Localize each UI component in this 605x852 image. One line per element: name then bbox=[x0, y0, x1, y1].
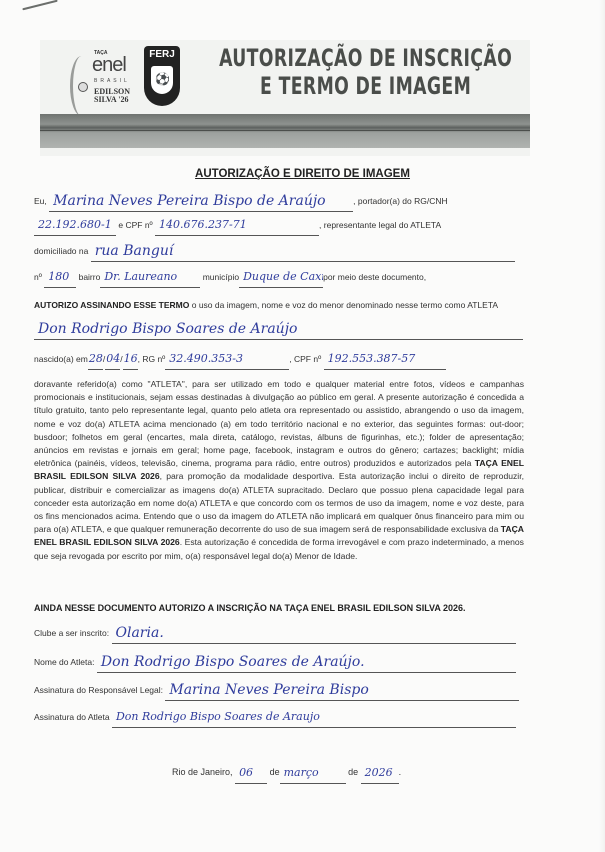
terms-text-1: doravante referido(a) como "ATLETA", par… bbox=[34, 379, 524, 468]
por-meio-label: por meio deste documento, bbox=[323, 272, 426, 282]
athlete-name-row: Don Rodrigo Bispo Soares de Araújo bbox=[34, 318, 524, 340]
athlete-cpf-field[interactable]: 192.553.387-57 bbox=[324, 349, 446, 370]
taca-enel-logo: TAÇA enel BRASIL EDILSON SILVA '26 bbox=[68, 44, 138, 124]
representante-label: , representante legal do ATLETA bbox=[319, 220, 441, 230]
scan-edge bbox=[599, 0, 605, 852]
resp-sig-row: Assinatura do Responsável Legal: Marina … bbox=[34, 679, 524, 701]
numero-label: nº bbox=[34, 272, 42, 282]
locality-row: nº 180 bairroDr. Laureano municípioDuque… bbox=[34, 266, 524, 288]
cpf-label: e CPF nº bbox=[118, 220, 152, 230]
nome-atleta-row: Nome do Atleta: Don Rodrigo Bispo Soares… bbox=[34, 651, 524, 673]
number-field[interactable]: 180 bbox=[44, 267, 76, 288]
street-field[interactable]: rua Banguí bbox=[91, 241, 515, 262]
municipio-label: município bbox=[203, 272, 239, 282]
date-de-1: de bbox=[270, 767, 280, 777]
header-band bbox=[40, 114, 530, 148]
inscricao-heading: AINDA NESSE DOCUMENTO AUTORIZO A INSCRIÇ… bbox=[34, 603, 466, 613]
birth-day-field[interactable]: 28 bbox=[88, 349, 103, 370]
athlete-rg-field[interactable]: 32.490.353-3 bbox=[165, 349, 289, 370]
autorizo-bold-text: AUTORIZO ASSINANDO ESSE TERMO bbox=[34, 300, 189, 310]
date-day-field[interactable]: 06 bbox=[235, 763, 267, 784]
athlete-name-field[interactable]: Don Rodrigo Bispo Soares de Araújo bbox=[34, 319, 523, 340]
portador-label: , portador(a) do RG/CNH bbox=[353, 196, 447, 206]
title-line-1: AUTORIZAÇÃO DE INSCRIÇÃO bbox=[200, 44, 531, 72]
clube-label: Clube a ser inscrito: bbox=[34, 628, 109, 638]
nome-atleta-label: Nome do Atleta: bbox=[34, 657, 94, 667]
guardian-name-row: Eu, Marina Neves Pereira Bispo de Araújo… bbox=[34, 190, 524, 212]
logo-edilson-text: EDILSON SILVA '26 bbox=[94, 88, 130, 104]
ferj-text: FERJ bbox=[144, 49, 180, 60]
autorizo-row: AUTORIZO ASSINANDO ESSE TERMO o uso da i… bbox=[34, 294, 524, 316]
eu-label: Eu, bbox=[34, 196, 47, 206]
address-row: domiciliado na rua Banguí bbox=[34, 240, 524, 262]
rg-label: , RG nº bbox=[138, 354, 166, 364]
guardian-name-field[interactable]: Marina Neves Pereira Bispo de Araújo bbox=[49, 191, 353, 212]
atleta-sig-label: Assinatura do Atleta bbox=[34, 712, 110, 722]
atleta-sig-row: Assinatura do Atleta Don Rodrigo Bispo S… bbox=[34, 706, 524, 728]
clube-field[interactable]: Olaria. bbox=[112, 623, 516, 644]
cpf2-label: , CPF nº bbox=[289, 354, 321, 364]
logo-silva: SILVA '26 bbox=[94, 95, 128, 104]
city-field[interactable]: Duque de Caxias bbox=[239, 267, 323, 288]
resp-signature-field[interactable]: Marina Neves Pereira Bispo bbox=[165, 680, 519, 701]
birth-year-field[interactable]: 16 bbox=[123, 349, 138, 370]
document-title: AUTORIZAÇÃO DE INSCRIÇÃO E TERMO DE IMAG… bbox=[200, 44, 531, 100]
terms-paragraph: doravante referido(a) como "ATLETA", par… bbox=[34, 378, 524, 563]
athlete-docs-row: nascido(a) em28/04/16, RG nº32.490.353-3… bbox=[34, 348, 524, 370]
ferj-crest-icon bbox=[151, 66, 173, 94]
document-header: TAÇA enel BRASIL EDILSON SILVA '26 FERJ … bbox=[40, 40, 530, 156]
clube-row: Clube a ser inscrito: Olaria. bbox=[34, 622, 524, 644]
autorizo-rest-text: o uso da imagem, nome e voz do menor den… bbox=[189, 300, 498, 310]
resp-sig-label: Assinatura do Responsável Legal: bbox=[34, 685, 163, 695]
logo-brasil-text: BRASIL bbox=[94, 78, 130, 84]
domicilio-label: domiciliado na bbox=[34, 246, 88, 256]
date-year-field[interactable]: 2026 bbox=[361, 763, 399, 784]
date-city-label: Rio de Janeiro, bbox=[172, 767, 233, 777]
birth-month-field[interactable]: 04 bbox=[105, 349, 120, 370]
guardian-cpf-field[interactable]: 140.676.237-71 bbox=[155, 215, 319, 236]
logo-enel-text: enel bbox=[92, 54, 126, 77]
date-de-2: de bbox=[348, 767, 358, 777]
ferj-logo: FERJ bbox=[144, 46, 180, 106]
atleta-signature-field[interactable]: Don Rodrigo Bispo Soares de Araujo bbox=[112, 707, 516, 728]
section-title: AUTORIZAÇÃO E DIREITO DE IMAGEM bbox=[0, 168, 605, 180]
pen-mark bbox=[22, 0, 57, 10]
neighborhood-field[interactable]: Dr. Laureano bbox=[100, 267, 200, 288]
title-line-2: E TERMO DE IMAGEM bbox=[200, 72, 531, 100]
date-row: Rio de Janeiro, 06 demarço de 2026. bbox=[172, 760, 401, 784]
date-end: . bbox=[399, 767, 402, 777]
bairro-label: bairro bbox=[79, 272, 101, 282]
nascido-label: nascido(a) em bbox=[34, 354, 88, 364]
nome-atleta-field[interactable]: Don Rodrigo Bispo Soares de Araújo. bbox=[97, 652, 516, 673]
ball-icon bbox=[78, 82, 88, 92]
date-month-field[interactable]: março bbox=[280, 763, 346, 784]
guardian-rg-field[interactable]: 22.192.680-1 bbox=[34, 215, 116, 236]
guardian-docs-row: 22.192.680-1 e CPF nº 140.676.237-71, re… bbox=[34, 214, 524, 236]
